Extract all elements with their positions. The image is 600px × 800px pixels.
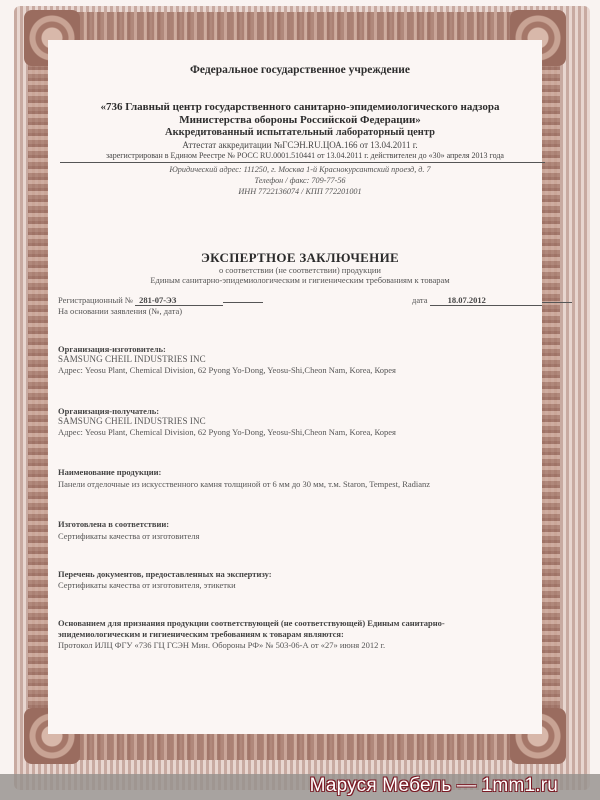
recipient-address: Адрес: Yeosu Plant, Chemical Division, 6… (58, 427, 396, 437)
product-value: Панели отделочные из искусственного камн… (58, 479, 430, 489)
document-subtitle-2: Единым санитарно-эпидемиологическим и ги… (0, 275, 600, 285)
recipient-name: SAMSUNG CHEIL INDUSTRIES INC (58, 416, 206, 426)
accreditation: Аттестат аккредитации №ГСЭН.RU.ЦОА.166 о… (0, 140, 600, 150)
header-divider (60, 162, 545, 163)
registry-info: зарегистрирован в Едином Реестре № РОСС … (70, 151, 540, 160)
basis-protocol: Протокол ИЛЦ ФГУ «736 ГЦ ГСЭН Мин. Оборо… (58, 640, 385, 650)
watermark-text: Маруся Мебель — 1mm1.ru (310, 775, 558, 797)
watermark-bar: Маруся Мебель — 1mm1.ru (0, 774, 600, 800)
lab-name: Аккредитованный испытательный лабораторн… (0, 127, 600, 138)
recipient-label: Организация-получатель: (58, 406, 159, 416)
inn-kpp: ИНН 7722136074 / КПП 772201001 (0, 187, 600, 196)
basis-line-1: Основанием для признания продукции соотв… (58, 618, 445, 628)
documents-value: Сертификаты качества от изготовителя, эт… (58, 580, 236, 590)
date-row: дата 18.07.2012 (412, 295, 572, 306)
date-value: 18.07.2012 (430, 295, 542, 306)
basis-application: На основании заявления (№, дата) (58, 306, 182, 316)
org-name-line2: Министерства обороны Российской Федераци… (0, 114, 600, 126)
registration-row: Регистрационный № 281-07-ЭЗ (58, 295, 263, 306)
manufactured-per-label: Изготовлена в соответствии: (58, 519, 169, 529)
manufacturer-address: Адрес: Yeosu Plant, Chemical Division, 6… (58, 365, 396, 375)
document-subtitle-1: о соответствии (не соответствии) продукц… (0, 265, 600, 275)
reg-label: Регистрационный № (58, 295, 133, 305)
phone: Телефон / факс: 709-77-56 (0, 176, 600, 185)
product-label: Наименование продукции: (58, 467, 161, 477)
basis-line-2: эпидемиологическим и гигиеническим требо… (58, 629, 344, 639)
manufactured-per-value: Сертификаты качества от изготовителя (58, 531, 199, 541)
reg-number: 281-07-ЭЗ (135, 295, 223, 306)
document-title: ЭКСПЕРТНОЕ ЗАКЛЮЧЕНИЕ (0, 250, 600, 266)
date-label: дата (412, 295, 427, 305)
manufacturer-label: Организация-изготовитель: (58, 344, 166, 354)
legal-address: Юридический адрес: 111250, г. Москва 1-й… (0, 165, 600, 174)
document-content: Федеральное государственное учреждение «… (0, 0, 600, 800)
manufacturer-name: SAMSUNG CHEIL INDUSTRIES INC (58, 354, 206, 364)
documents-label: Перечень документов, предоставленных на … (58, 569, 272, 579)
institution-type: Федеральное государственное учреждение (0, 64, 600, 76)
org-name-line1: «736 Главный центр государственного сани… (0, 101, 600, 113)
